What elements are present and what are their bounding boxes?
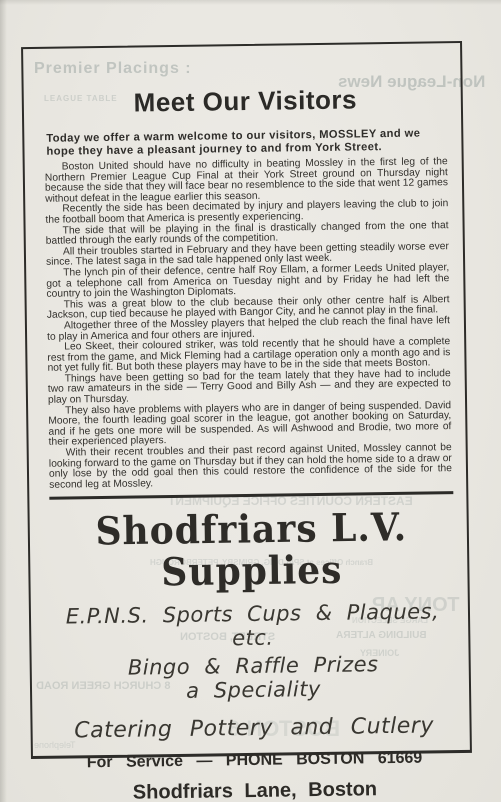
advert-company-name: Shodfriars L.V. Supplies — [50, 507, 454, 596]
article-title: Meet Our Visitors — [44, 83, 447, 120]
advert-phone-line: For Service — PHONE BOSTON 61669 — [53, 750, 456, 774]
article-intro: Today we offer a warm welcome to our vis… — [46, 127, 445, 159]
article-paragraph: With their recent troubles and their pas… — [49, 443, 453, 491]
article-paragraph: Boston United should have no difficulty … — [45, 157, 449, 205]
advert-line-epns: E.P.N.S. Sports Cups & Plaques, etc. — [51, 600, 455, 654]
advert-line-speciality: a Speciality — [52, 676, 455, 706]
section-divider-rule — [49, 492, 453, 501]
page-content: Meet Our Visitors Today we offer a warm … — [24, 83, 471, 802]
programme-page-scan: Premier Placings : LEAGUE TABLE Non-Leag… — [0, 0, 501, 802]
advert-address: Shodfriars Lane, Boston — [53, 777, 456, 802]
article-body: Boston United should have no difficulty … — [45, 157, 453, 491]
shodfriars-advert: Shodfriars L.V. Supplies E.P.N.S. Sports… — [50, 510, 457, 802]
page-border-frame: Meet Our Visitors Today we offer a warm … — [21, 41, 472, 759]
article-paragraph: They also have problems with players who… — [48, 401, 452, 449]
advert-line-catering: Catering Pottery and Cutlery — [52, 714, 455, 746]
